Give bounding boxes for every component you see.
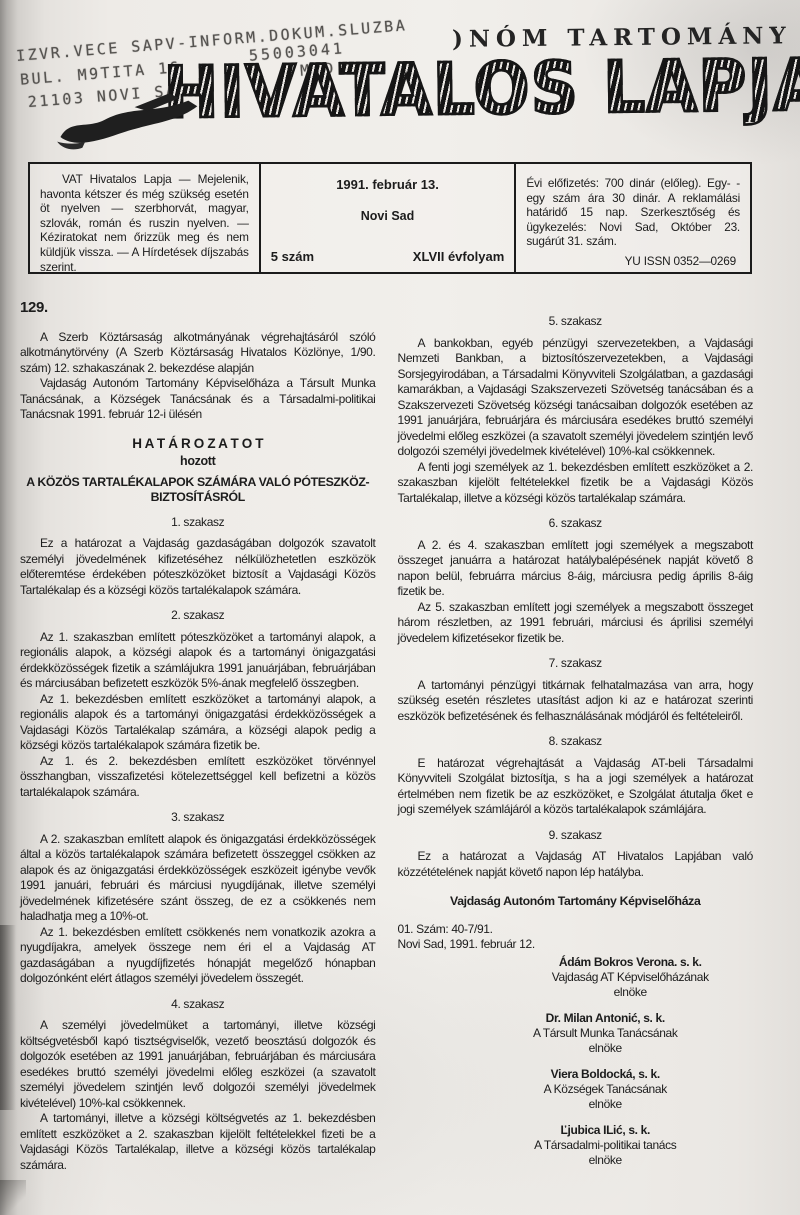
paragraph: Az 5. szakaszban említett jogi személyek…: [398, 600, 754, 647]
paragraph: A tartományi pénzügyi titkárnak felhatal…: [398, 678, 754, 725]
subscription-note: Évi előfizetés: 700 dinár (előleg). Egy-…: [526, 176, 740, 249]
assembly-name: Vajdaság Autonóm Tartomány Képviselőháza: [398, 894, 754, 910]
issue-number: 5 szám: [271, 250, 314, 265]
paragraph: Az 1. bekezdésben említett eszközöket a …: [20, 692, 376, 754]
scan-corner-shadow: [0, 1180, 26, 1215]
section-heading: 6. szakasz: [398, 516, 754, 532]
decree-heading: H A T Á R O Z A T O T: [20, 436, 376, 452]
paragraph: Vajdaság Autonóm Tartomány Képviselőháza…: [20, 376, 376, 423]
article-body: 129. A Szerb Köztársaság alkotmányának v…: [20, 300, 753, 1173]
signature-block: Viera Boldocká, s. k. A Községek Tanácsá…: [458, 1067, 754, 1112]
signatory-role: Vajdaság AT Képviselőházának: [508, 970, 754, 985]
volume-label: XLVII évfolyam: [413, 250, 505, 265]
subscription-cell: Évi előfizetés: 700 dinár (előleg). Egy-…: [516, 164, 750, 272]
paragraph: A 2. szakaszban említett alapok és öniga…: [20, 832, 376, 925]
publication-note: VAT Hivatalos Lapja — Mejelenik, havonta…: [30, 164, 261, 272]
signatory-role: elnöke: [458, 1097, 754, 1112]
issue-info-box: VAT Hivatalos Lapja — Mejelenik, havonta…: [28, 162, 752, 274]
signatory-role: A Társult Munka Tanácsának: [458, 1026, 754, 1041]
section-heading: 1. szakasz: [20, 515, 376, 531]
signatory-role: elnöke: [458, 1153, 754, 1168]
issn-number: YU ISSN 0352—0269: [526, 254, 740, 269]
issue-place: Novi Sad: [271, 209, 505, 224]
signatory-name: Viera Boldocká, s. k.: [458, 1067, 754, 1082]
signature-block: Ádám Bokros Verona. s. k. Vajdaság AT Ké…: [508, 955, 754, 1000]
document-place-date: Novi Sad, 1991. február 12.: [398, 937, 754, 953]
decree-subject: A KÖZÖS TARTALÉKALAPOK SZÁMÁRA VALÓ PÓTE…: [20, 475, 376, 505]
signatory-role: A Községek Tanácsának: [458, 1082, 754, 1097]
issue-info-cell: 1991. február 13. Novi Sad 5 szám XLVII …: [261, 164, 517, 272]
decree-passed-label: hozott: [20, 454, 376, 470]
section-heading: 7. szakasz: [398, 656, 754, 672]
issue-date: 1991. február 13.: [271, 178, 505, 193]
article-number: 129.: [20, 300, 376, 316]
signature-block: Dr. Milan Antonić, s. k. A Társult Munka…: [458, 1011, 754, 1056]
paragraph: Ez a határozat a Vajdaság AT Hivatalos L…: [398, 849, 754, 880]
signature-block: Ľjubica ILić, s. k. A Társadalmi-politik…: [458, 1123, 754, 1168]
signatory-role: elnöke: [508, 985, 754, 1000]
section-heading: 2. szakasz: [20, 608, 376, 624]
signatory-name: Dr. Milan Antonić, s. k.: [458, 1011, 754, 1026]
paragraph: Ez a határozat a Vajdaság gazdaságában d…: [20, 536, 376, 598]
paragraph: A Szerb Köztársaság alkotmányának végreh…: [20, 330, 376, 377]
masthead-title: HIVATALOS LAPJA: [163, 50, 800, 129]
signatory-role: A Társadalmi-politikai tanács: [458, 1138, 754, 1153]
signatory-name: Ľjubica ILić, s. k.: [458, 1123, 754, 1138]
left-column: 129. A Szerb Köztársaság alkotmányának v…: [20, 300, 376, 1173]
section-heading: 8. szakasz: [398, 734, 754, 750]
section-heading: 4. szakasz: [20, 997, 376, 1013]
paragraph: A személyi jövedelmüket a tartományi, il…: [20, 1018, 376, 1111]
paragraph: A 2. és 4. szakaszban említett jogi szem…: [398, 538, 754, 600]
paragraph: A tartományi, illetve a községi költségv…: [20, 1111, 376, 1173]
paragraph: Az 1. szakaszban említett póteszközöket …: [20, 630, 376, 692]
scan-edge-shadow: [0, 925, 16, 1110]
signatory-role: elnöke: [458, 1041, 754, 1056]
right-column: 5. szakasz A bankokban, egyéb pénzügyi s…: [398, 300, 754, 1173]
paragraph: Az 1. és 2. bekezdésben említett eszközö…: [20, 754, 376, 801]
paragraph: Az 1. bekezdésben említett csökkenés nem…: [20, 925, 376, 987]
paragraph: A fenti jogi személyek az 1. bekezdésben…: [398, 460, 754, 507]
document-number: 01. Szám: 40-7/91.: [398, 922, 754, 938]
section-heading: 9. szakasz: [398, 828, 754, 844]
paragraph: E határozat végrehajtását a Vajdaság AT-…: [398, 756, 754, 818]
gazette-scan-page: IZVR.VECE SAPV-INFORM.DOKUM.SLUZBA 55003…: [0, 0, 800, 1215]
paragraph: A bankokban, egyéb pénzügyi szervezetekb…: [398, 336, 754, 460]
section-heading: 5. szakasz: [398, 314, 754, 330]
signatory-name: Ádám Bokros Verona. s. k.: [508, 955, 754, 970]
section-heading: 3. szakasz: [20, 810, 376, 826]
